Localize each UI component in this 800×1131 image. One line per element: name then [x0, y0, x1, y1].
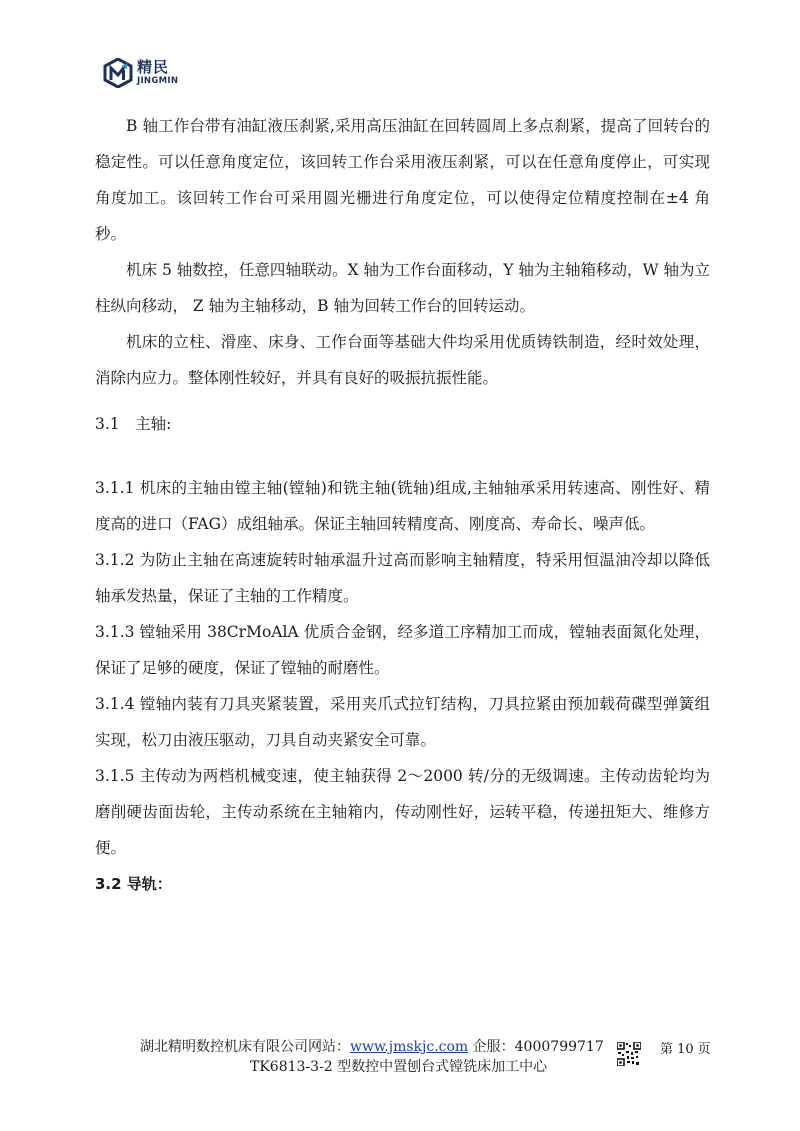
item-3-1-5: 3.1.5 主传动为两档机械变速，使主轴获得 2～2000 转/分的无级调速。主…: [95, 758, 710, 866]
item-3-1-1: 3.1.1 机床的主轴由镗主轴(镗轴)和铣主轴(铣轴)组成,主轴轴承采用转速高、…: [95, 470, 710, 542]
paragraph-b-axis: B 轴工作台带有油缸液压刹紧,采用高压油缸在回转圆周上多点刹紧，提高了回转台的稳…: [95, 108, 710, 252]
footer-service-phone: 企服：4000799717: [468, 1039, 604, 1055]
website-link[interactable]: www.jmskjc.com: [350, 1039, 468, 1055]
item-3-1-3: 3.1.3 镗轴采用 38CrMoAlA 优质合金钢，经多道工序精加工而成，镗轴…: [95, 614, 710, 686]
jingmin-logo-icon: [103, 58, 133, 88]
section-heading-3-2: 3.2 导轨：: [95, 866, 710, 902]
company-logo: 精民 JINGMIN: [103, 58, 178, 88]
item-3-1-4: 3.1.4 镗轴内装有刀具夹紧装置，采用夹爪式拉钉结构，刀具拉紧由预加载荷碟型弹…: [95, 686, 710, 758]
logo-chinese-name: 精民: [137, 60, 178, 75]
footer-company-line: 湖北精明数控机床有限公司网站：www.jmskjc.com 企服：4000799…: [140, 1036, 604, 1056]
qr-code-icon: [617, 1042, 641, 1066]
paragraph-castings: 机床的立柱、滑座、床身、工作台面等基础大件均采用优质铸铁制造，经时效处理，消除内…: [95, 324, 710, 396]
section-heading-3-1: 3.1 主轴:: [95, 406, 710, 442]
paragraph-5-axis: 机床 5 轴数控，任意四轴联动。X 轴为工作台面移动，Y 轴为主轴箱移动，W 轴…: [95, 252, 710, 324]
item-3-1-2: 3.1.2 为防止主轴在高速旋转时轴承温升过高而影响主轴精度，特采用恒温油冷却以…: [95, 542, 710, 614]
page-number: 第 10 页: [660, 1038, 711, 1057]
document-body: B 轴工作台带有油缸液压刹紧,采用高压油缸在回转圆周上多点刹紧，提高了回转台的稳…: [95, 108, 710, 902]
footer-product-name: TK6813-3-2 型数控中置刨台式镗铣床加工中心: [250, 1056, 547, 1076]
footer-company-name: 湖北精明数控机床有限公司网站：: [140, 1039, 350, 1055]
logo-english-name: JINGMIN: [137, 77, 178, 86]
